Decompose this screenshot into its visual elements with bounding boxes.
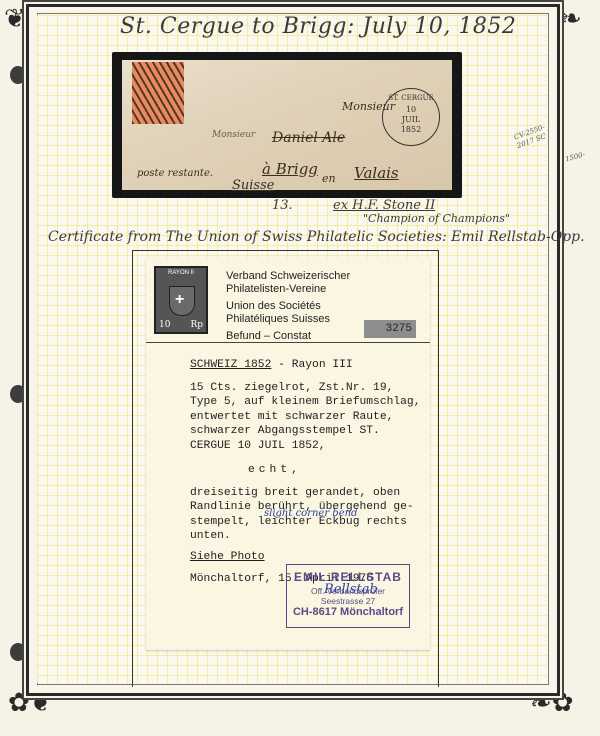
corner-ornament-top-left: ❦ xyxy=(4,6,26,32)
cover-mount: ST. CERGUE 10 JUIL 1852 Monsieur Monsieu… xyxy=(112,52,462,198)
address-name: Daniel Ale xyxy=(272,130,345,146)
rayon-stamp xyxy=(132,62,184,124)
address-country: Suisse xyxy=(232,178,274,193)
certificate-caption: Certificate from The Union of Swiss Phil… xyxy=(48,229,585,245)
certificate-description: 15 Cts. ziegelrot, Zst.Nr. 19, Type 5, a… xyxy=(190,381,424,454)
page-title: St. Cergue to Brigg: July 10, 1852 xyxy=(120,14,516,39)
examiner-signature: Rellstab xyxy=(324,582,378,597)
certificate-number: 3275 xyxy=(364,320,416,338)
swiss-shield-icon: + xyxy=(169,286,195,316)
swiss-stamp-logo-icon: RAYON II + 10 Rp xyxy=(154,266,208,334)
postal-cover: ST. CERGUE 10 JUIL 1852 Monsieur Monsieu… xyxy=(122,60,452,190)
binder-hole-top xyxy=(10,66,26,84)
binder-hole-bottom xyxy=(10,643,26,661)
provenance: ex H.F. Stone II xyxy=(333,198,435,213)
lot-number: 13. xyxy=(272,198,293,213)
photo-reference: Siehe Photo xyxy=(190,550,424,565)
corner-ornament-top-right: ❧ xyxy=(560,6,582,32)
certificate-heading: SCHWEIZ 1852 - Rayon III xyxy=(190,358,424,373)
org-name-german: Verband Schweizerischer Philatelisten-Ve… xyxy=(226,270,350,296)
certificate: RAYON II + 10 Rp Verband Schweizerischer… xyxy=(146,258,430,650)
address-en: en xyxy=(322,172,336,185)
binder-hole-middle xyxy=(10,385,26,403)
org-name-french: Union des Sociétés Philatéliques Suisses xyxy=(226,300,330,326)
certificate-type: Befund – Constat xyxy=(226,330,311,342)
certificate-verdict: echt, xyxy=(248,463,424,478)
address-town: à Brigg xyxy=(262,160,318,178)
address-canton: Valais xyxy=(354,164,399,182)
certificate-header: RAYON II + 10 Rp Verband Schweizerischer… xyxy=(146,258,430,343)
handwritten-note: slight corner bend xyxy=(264,508,357,519)
address-salutation: Monsieur xyxy=(342,100,395,113)
price-note: 1500- xyxy=(564,151,586,164)
address-poste-restante: poste restante. xyxy=(137,168,213,179)
address-salutation-faint: Monsieur xyxy=(212,130,255,140)
certificate-body: SCHWEIZ 1852 - Rayon III 15 Cts. ziegelr… xyxy=(190,358,424,587)
postmark: ST. CERGUE 10 JUIL 1852 xyxy=(382,88,440,146)
provenance-quote: "Champion of Champions" xyxy=(363,212,510,225)
